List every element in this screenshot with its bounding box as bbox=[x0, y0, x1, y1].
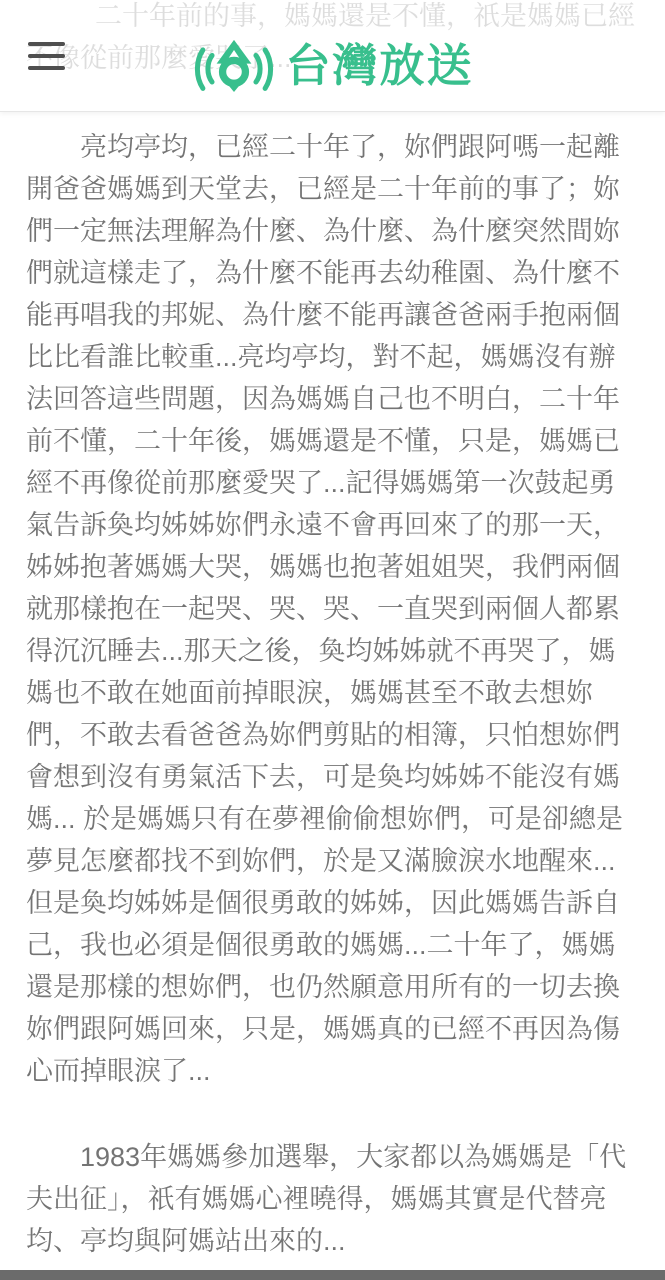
text-line: 但是奐均姊姊是個很勇敢的姊姊，因此媽媽告訴自 bbox=[26, 882, 639, 924]
text-line: 就那樣抱在一起哭、哭、哭、一直哭到兩個人都累 bbox=[26, 588, 639, 630]
site-logo[interactable]: 台灣放送 bbox=[191, 37, 473, 94]
text-line: 得沉沉睡去...那天之後，奐均姊姊就不再哭了，媽 bbox=[26, 630, 639, 672]
mobile-article-page: 二十年前的事，媽媽還是不懂，祇是媽媽已經 不像從前那麼愛哭了... 亮均亭均，已… bbox=[0, 0, 665, 1280]
text-line: 亮均亭均，已經二十年了，妳們跟阿嗎一起離 bbox=[26, 126, 639, 168]
text-line: 媽也不敢在她面前掉眼淚，媽媽甚至不敢去想妳 bbox=[26, 672, 639, 714]
text-line: 們就這樣走了，為什麼不能再去幼稚園、為什麼不 bbox=[26, 252, 639, 294]
hamburger-icon bbox=[28, 54, 65, 58]
text-line: 們一定無法理解為什麼、為什麼、為什麼突然間妳 bbox=[26, 210, 639, 252]
brand-name: 台灣放送 bbox=[285, 43, 473, 88]
text-line: 還是那樣的想妳們，也仍然願意用所有的一切去換 bbox=[26, 966, 639, 1008]
text-line: 比比看誰比較重...亮均亭均，對不起，媽媽沒有辦 bbox=[26, 336, 639, 378]
text-line: 心而掉眼淚了... bbox=[26, 1050, 639, 1092]
paragraph: 亮均亭均，已經二十年了，妳們跟阿嗎一起離開爸爸媽媽到天堂去，已經是二十年前的事了… bbox=[26, 126, 639, 1092]
text-line: 開爸爸媽媽到天堂去，已經是二十年前的事了；妳 bbox=[26, 168, 639, 210]
text-line: 氣告訴奐均姊姊妳們永遠不會再回來了的那一天， bbox=[26, 504, 639, 546]
text-line: 己，我也必須是個很勇敢的媽媽...二十年了，媽媽 bbox=[26, 924, 639, 966]
text-line: 夫出征」，祇有媽媽心裡曉得，媽媽其實是代替亮 bbox=[26, 1178, 639, 1220]
bottom-bar bbox=[0, 1270, 665, 1280]
text-line: 會想到沒有勇氣活下去，可是奐均姊姊不能沒有媽 bbox=[26, 756, 639, 798]
broadcast-antenna-icon bbox=[191, 37, 277, 94]
text-line: 們，不敢去看爸爸為妳們剪貼的相簿，只怕想妳們 bbox=[26, 714, 639, 756]
text-line: 能再唱我的邦妮、為什麼不能再讓爸爸兩手抱兩個 bbox=[26, 294, 639, 336]
text-line: 妳們跟阿媽回來，只是，媽媽真的已經不再因為傷 bbox=[26, 1008, 639, 1050]
hamburger-icon bbox=[28, 66, 65, 70]
text-line: 夢見怎麼都找不到妳們，於是又滿臉淚水地醒來... bbox=[26, 840, 639, 882]
text-line: 法回答這些問題，因為媽媽自己也不明白，二十年 bbox=[26, 378, 639, 420]
text-line: 姊姊抱著媽媽大哭，媽媽也抱著姐姐哭，我們兩個 bbox=[26, 546, 639, 588]
paragraph: 1983年媽媽參加選舉，大家都以為媽媽是「代夫出征」，祇有媽媽心裡曉得，媽媽其實… bbox=[26, 1136, 639, 1262]
text-line: 前不懂，二十年後，媽媽還是不懂，只是，媽媽已 bbox=[26, 420, 639, 462]
site-header: 台灣放送 bbox=[0, 0, 665, 112]
text-line: 媽... 於是媽媽只有在夢裡偷偷想妳們，可是卻總是 bbox=[26, 798, 639, 840]
text-line: 均、亭均與阿媽站出來的... bbox=[26, 1220, 639, 1262]
text-line: 經不再像從前那麼愛哭了...記得媽媽第一次鼓起勇 bbox=[26, 462, 639, 504]
article-body: 亮均亭均，已經二十年了，妳們跟阿嗎一起離開爸爸媽媽到天堂去，已經是二十年前的事了… bbox=[0, 0, 665, 1262]
hamburger-icon bbox=[28, 42, 65, 46]
text-line: 1983年媽媽參加選舉，大家都以為媽媽是「代 bbox=[26, 1136, 639, 1178]
hamburger-menu-button[interactable] bbox=[28, 42, 65, 70]
